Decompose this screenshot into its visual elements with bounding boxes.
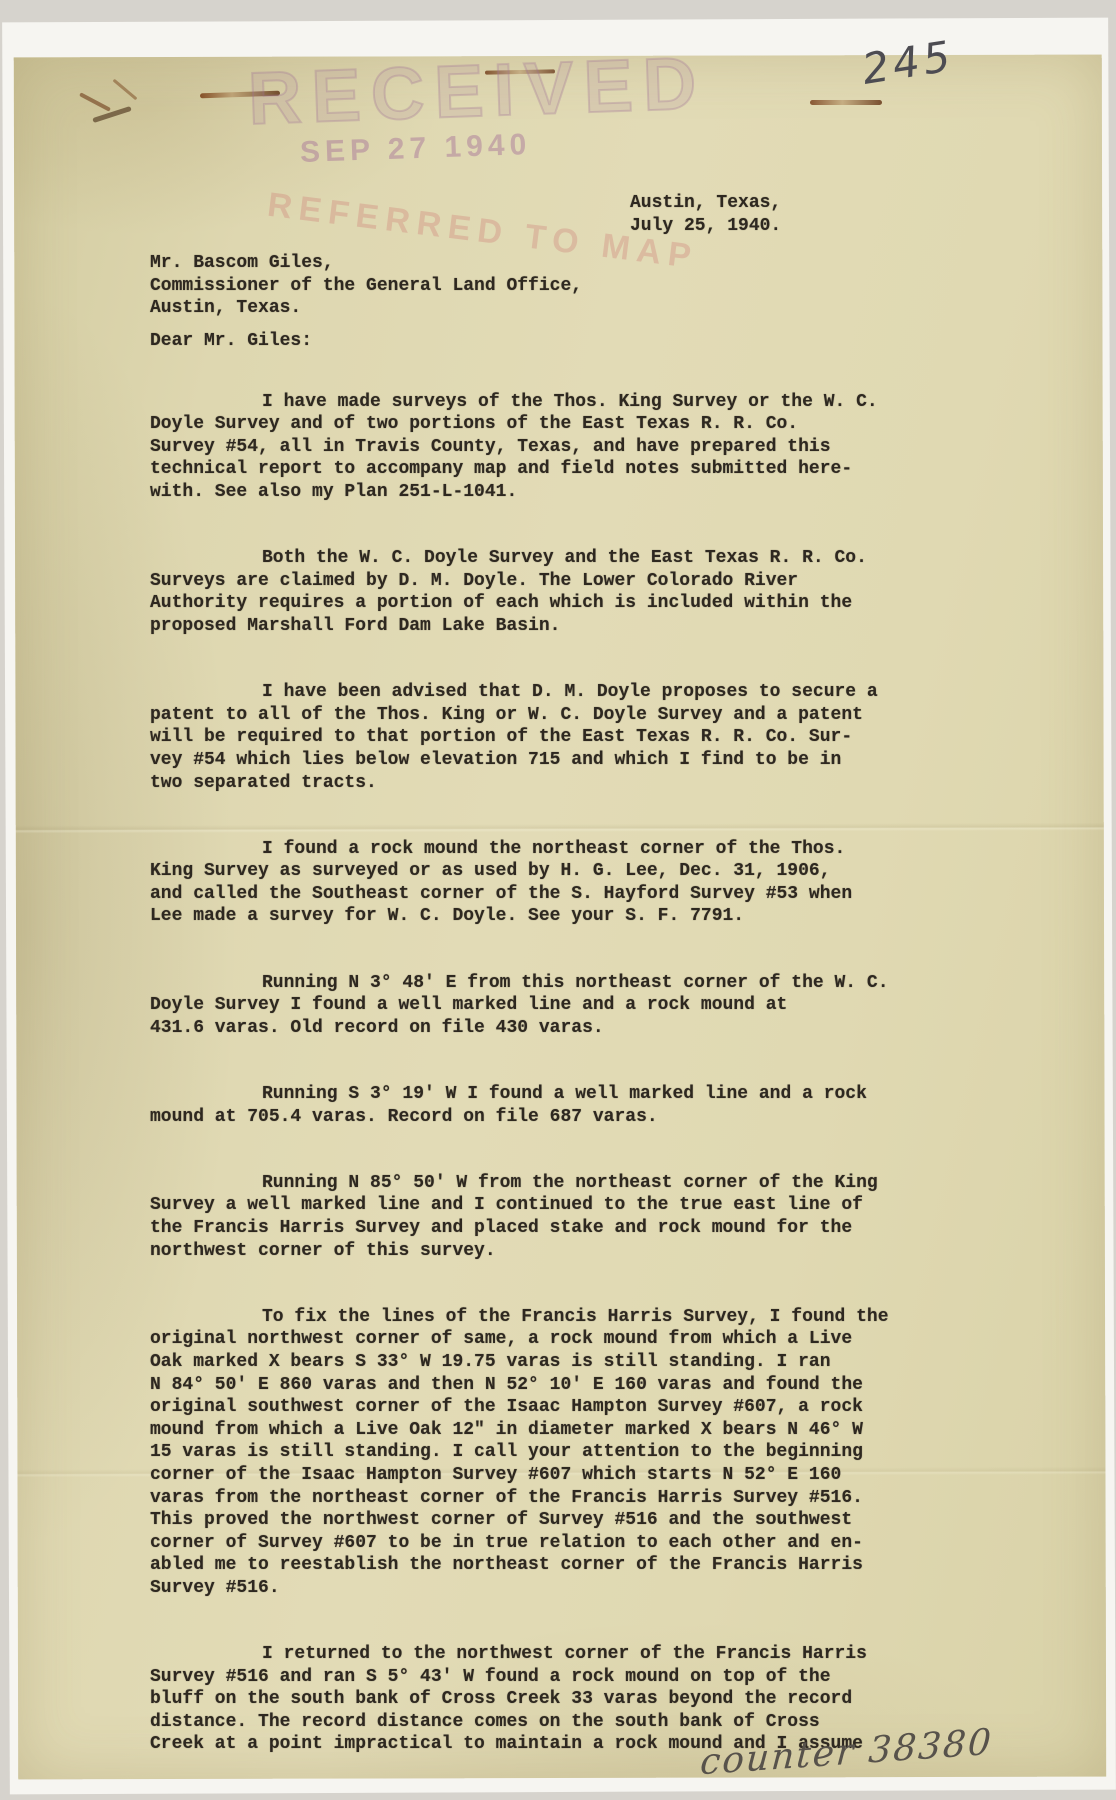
paragraph-patent-advice: I have been advised that D. M. Doyle pro… bbox=[150, 681, 896, 794]
paragraph-rock-mound-ne-corner: I found a rock mound the northeast corne… bbox=[150, 838, 896, 928]
paragraph-running-s3-19-w: Running S 3° 19' W I found a well marked… bbox=[150, 1083, 896, 1128]
scanned-letter-page: { "page_number": "245", "stamps": { "rec… bbox=[0, 0, 1116, 1800]
letter-body: I have made surveys of the Thos. King Su… bbox=[150, 368, 896, 1800]
paragraph-claims: Both the W. C. Doyle Survey and the East… bbox=[150, 547, 896, 637]
received-stamp: RECEIVED bbox=[247, 40, 708, 141]
letter-salutation: Dear Mr. Giles: bbox=[150, 330, 312, 353]
paragraph-running-n85-50-w: Running N 85° 50' W from the northeast c… bbox=[150, 1172, 896, 1262]
paragraph-surveys-made: I have made surveys of the Thos. King Su… bbox=[150, 391, 896, 504]
rust-stain-mark bbox=[810, 100, 882, 105]
paragraph-running-n3-48-e: Running N 3° 48' E from this northeast c… bbox=[150, 972, 896, 1040]
letter-recipient-address: Mr. Bascom Giles, Commissioner of the Ge… bbox=[150, 252, 582, 320]
paragraph-francis-harris-lines: To fix the lines of the Francis Harris S… bbox=[150, 1306, 896, 1600]
letter-place-date: Austin, Texas, July 25, 1940. bbox=[630, 192, 781, 237]
